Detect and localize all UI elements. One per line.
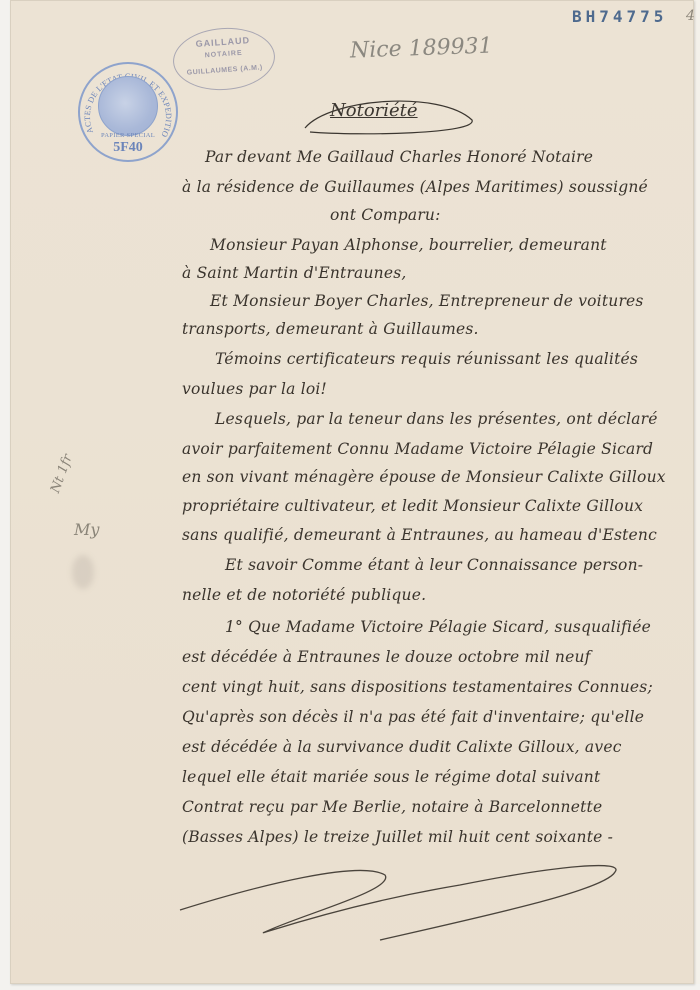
marianne-head-icon xyxy=(98,76,158,136)
margin-initials: My xyxy=(74,520,99,539)
text-line: nelle et de notoriété publique. xyxy=(182,586,426,604)
scan-border-left xyxy=(0,0,10,990)
notary-stamp-place: GUILLAUMES (A.M.) xyxy=(175,63,275,77)
text-line: est décédée à Entraunes le douze octobre… xyxy=(182,648,591,666)
text-line: Contrat reçu par Me Berlie, notaire à Ba… xyxy=(182,798,602,816)
text-line: Et Monsieur Boyer Charles, Entrepreneur … xyxy=(210,292,644,310)
reference-number: BH74775 xyxy=(572,7,667,26)
text-line: 1° Que Madame Victoire Pélagie Sicard, s… xyxy=(225,618,651,636)
ink-smudge xyxy=(72,555,94,589)
title-block: Notoriété xyxy=(300,90,480,140)
notary-stamp-title: NOTAIRE xyxy=(174,48,274,62)
text-line: Monsieur Payan Alphonse, bourrelier, dem… xyxy=(210,236,607,254)
text-line: (Basses Alpes) le treize Juillet mil hui… xyxy=(182,828,613,846)
scan-border-bottom xyxy=(0,984,700,990)
text-line: Qu'après son décès il n'a pas été fait d… xyxy=(182,708,644,726)
text-line: lequel elle était mariée sous le régime … xyxy=(182,768,600,786)
notary-stamp: GAILLAUD NOTAIRE GUILLAUMES (A.M.) xyxy=(171,25,277,94)
document-page: BH74775 4 ACTES DE L'ETAT CIVIL ET EXPED… xyxy=(10,0,694,984)
text-line: Et savoir Comme étant à leur Connaissanc… xyxy=(225,556,643,574)
text-line: à la résidence de Guillaumes (Alpes Mari… xyxy=(182,178,648,196)
text-line: propriétaire cultivateur, et ledit Monsi… xyxy=(182,497,643,515)
document-title: Notoriété xyxy=(330,100,418,121)
text-line: sans qualifié, demeurant à Entraunes, au… xyxy=(182,526,657,544)
text-line: cent vingt huit, sans dispositions testa… xyxy=(182,678,653,696)
text-line: est décédée à la survivance dudit Calixt… xyxy=(182,738,622,756)
text-line: transports, demeurant à Guillaumes. xyxy=(182,320,479,338)
text-line: ont Comparu: xyxy=(330,206,441,224)
revenue-stamp: ACTES DE L'ETAT CIVIL ET EXPEDITIONS PAP… xyxy=(78,62,178,162)
text-line: Témoins certificateurs requis réunissant… xyxy=(215,350,638,368)
text-line: à Saint Martin d'Entraunes, xyxy=(182,264,407,282)
text-line: Lesquels, par la teneur dans les présent… xyxy=(215,410,658,428)
margin-note: Nt 1fr xyxy=(48,452,76,495)
signature-flourish-icon xyxy=(160,860,660,960)
text-line: avoir parfaitement Connu Madame Victoire… xyxy=(182,440,653,458)
reference-mark: 4 xyxy=(686,8,695,24)
text-line: Par devant Me Gaillaud Charles Honoré No… xyxy=(205,148,593,166)
stamp-price: 5F40 xyxy=(80,140,176,156)
text-line: en son vivant ménagère épouse de Monsieu… xyxy=(182,468,666,486)
pencil-annotation: Nice 189931 xyxy=(350,34,493,64)
text-line: voulues par la loi! xyxy=(182,380,327,398)
stamp-label: PAPIER SPECIAL xyxy=(80,132,176,139)
